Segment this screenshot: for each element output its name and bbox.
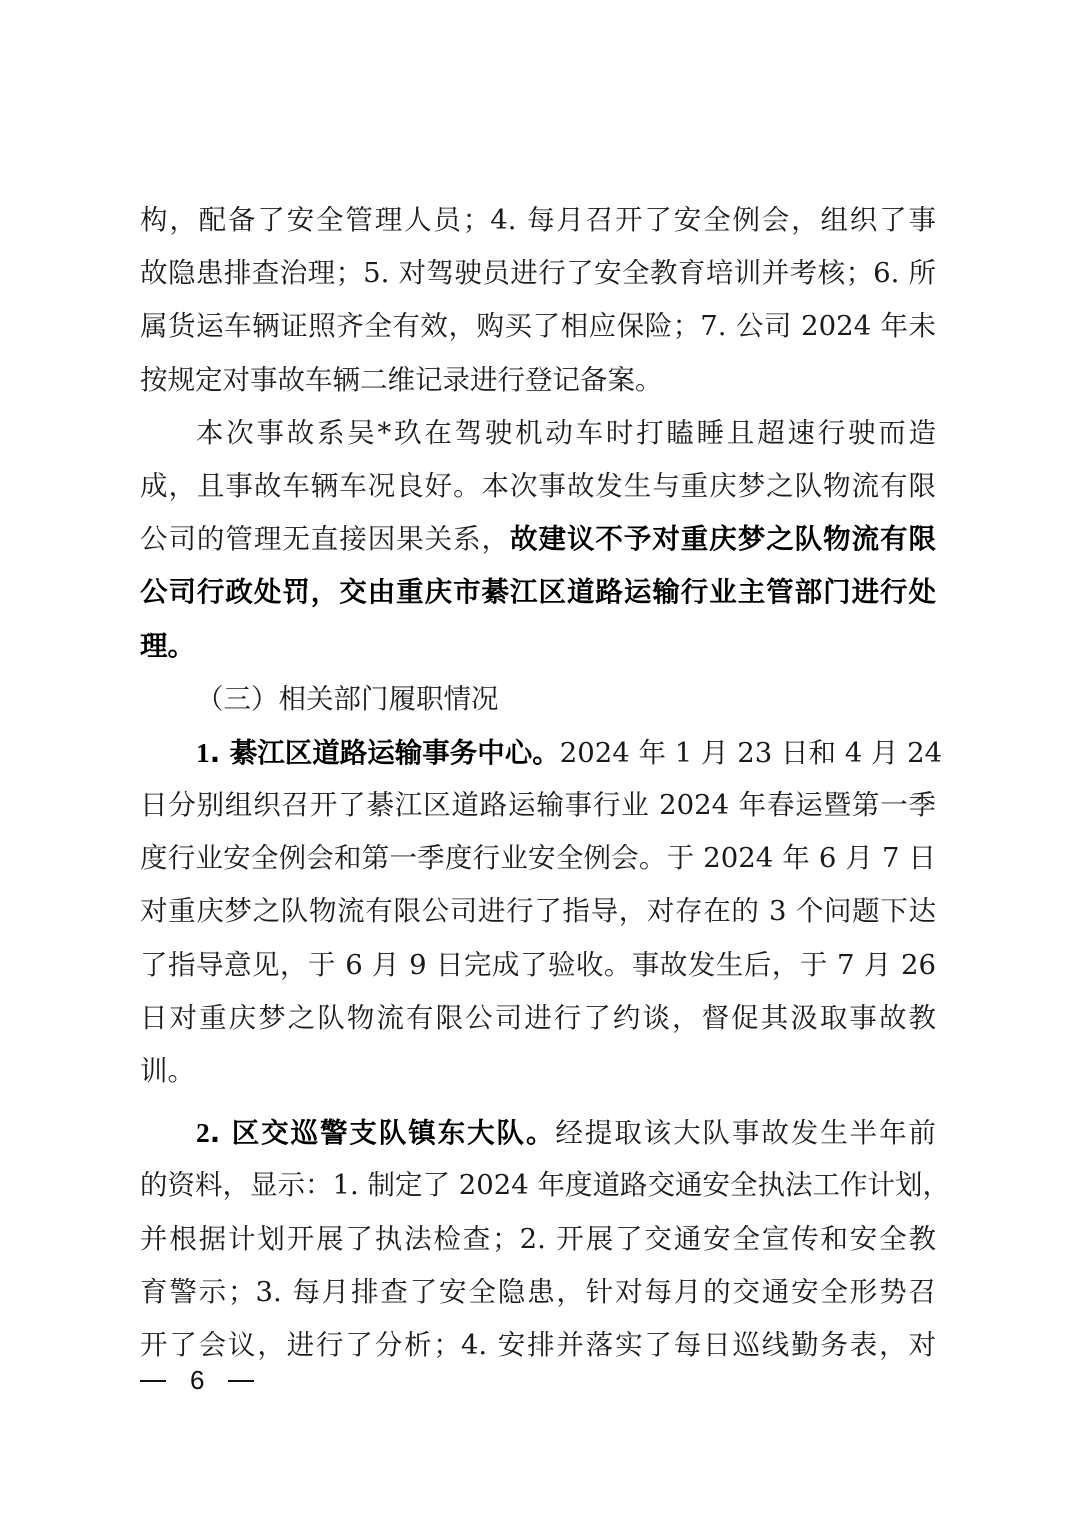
- text-line: 对重庆梦之队物流有限公司进行了指导，对存在的 3 个问题下达: [140, 885, 936, 938]
- recommendation-text: 理。: [140, 620, 936, 673]
- dash-left: [140, 1380, 166, 1382]
- page-footer: 6: [140, 1365, 254, 1396]
- text-line: 公司的管理无直接因果关系，故建议不予对重庆梦之队物流有限: [140, 513, 936, 566]
- text-line: 度行业安全例会和第一季度行业安全例会。于 2024 年 6 月 7 日: [140, 832, 936, 885]
- text-line: 成，且事故车辆车况良好。本次事故发生与重庆梦之队物流有限: [140, 460, 936, 513]
- text-normal: 公司的管理无直接因果关系，: [140, 523, 510, 555]
- paragraph-accident-conclusion: 本次事故系吴*玖在驾驶机动车时打瞌睡且超速行驶而造 成，且事故车辆车况良好。本次…: [140, 407, 936, 673]
- text-line: 育警示；3. 每月排查了安全隐患，针对每月的交通安全形势召: [140, 1266, 936, 1319]
- text-line: 1. 綦江区道路运输事务中心。2024 年 1 月 23 日和 4 月 24: [140, 726, 936, 779]
- text-normal: 经提取该大队事故发生半年前: [555, 1117, 936, 1149]
- recommendation-text: 公司行政处罚，交由重庆市綦江区道路运输行业主管部门进行处: [140, 566, 936, 619]
- text-line: 日分别组织召开了綦江区道路运输事行业 2024 年春运暨第一季: [140, 779, 936, 832]
- text-line: 按规定对事故车辆二维记录进行登记备案。: [140, 354, 936, 407]
- text-line: 的资料，显示：1. 制定了 2024 年度道路交通安全执法工作计划，: [140, 1159, 936, 1212]
- paragraph-transport-center: 1. 綦江区道路运输事务中心。2024 年 1 月 23 日和 4 月 24 日…: [140, 726, 936, 1098]
- text-line: 2. 区交巡警支队镇东大队。经提取该大队事故发生半年前: [140, 1106, 936, 1159]
- text-line: 开了会议，进行了分析；4. 安排并落实了每日巡线勤务表，对: [140, 1319, 936, 1372]
- text-line: 本次事故系吴*玖在驾驶机动车时打瞌睡且超速行驶而造: [140, 407, 936, 460]
- recommendation-text: 故建议不予对重庆梦之队物流有限: [510, 523, 936, 555]
- section-heading: （三）相关部门履职情况: [140, 673, 936, 726]
- paragraph-spacer: [140, 1098, 936, 1106]
- page-number: 6: [190, 1365, 204, 1396]
- text-line: 故隐患排查治理；5. 对驾驶员进行了安全教育培训并考核；6. 所: [140, 247, 936, 300]
- item-title: . 綦江区道路运输事务中心。: [210, 737, 560, 769]
- text-line: 并根据计划开展了执法检查；2. 开展了交通安全宣传和安全教: [140, 1213, 936, 1266]
- item-title: . 区交巡警支队镇东大队。: [210, 1117, 556, 1149]
- item-number: 1: [196, 737, 210, 768]
- text-line: 构，配备了安全管理人员；4. 每月召开了安全例会，组织了事: [140, 194, 936, 247]
- text-line: 训。: [140, 1045, 936, 1098]
- dash-right: [228, 1380, 254, 1382]
- text-normal: 2024 年 1 月 23 日和 4 月 24: [560, 737, 942, 769]
- item-number: 2: [196, 1117, 210, 1148]
- text-line: 属货运车辆证照齐全有效，购买了相应保险；7. 公司 2024 年未: [140, 300, 936, 353]
- document-page: 构，配备了安全管理人员；4. 每月召开了安全例会，组织了事 故隐患排查治理；5.…: [140, 194, 936, 1372]
- paragraph-company-measures: 构，配备了安全管理人员；4. 每月召开了安全例会，组织了事 故隐患排查治理；5.…: [140, 194, 936, 407]
- paragraph-traffic-police: 2. 区交巡警支队镇东大队。经提取该大队事故发生半年前 的资料，显示：1. 制定…: [140, 1106, 936, 1372]
- text-line: 了指导意见，于 6 月 9 日完成了验收。事故发生后，于 7 月 26: [140, 939, 936, 992]
- text-line: 日对重庆梦之队物流有限公司进行了约谈，督促其汲取事故教: [140, 992, 936, 1045]
